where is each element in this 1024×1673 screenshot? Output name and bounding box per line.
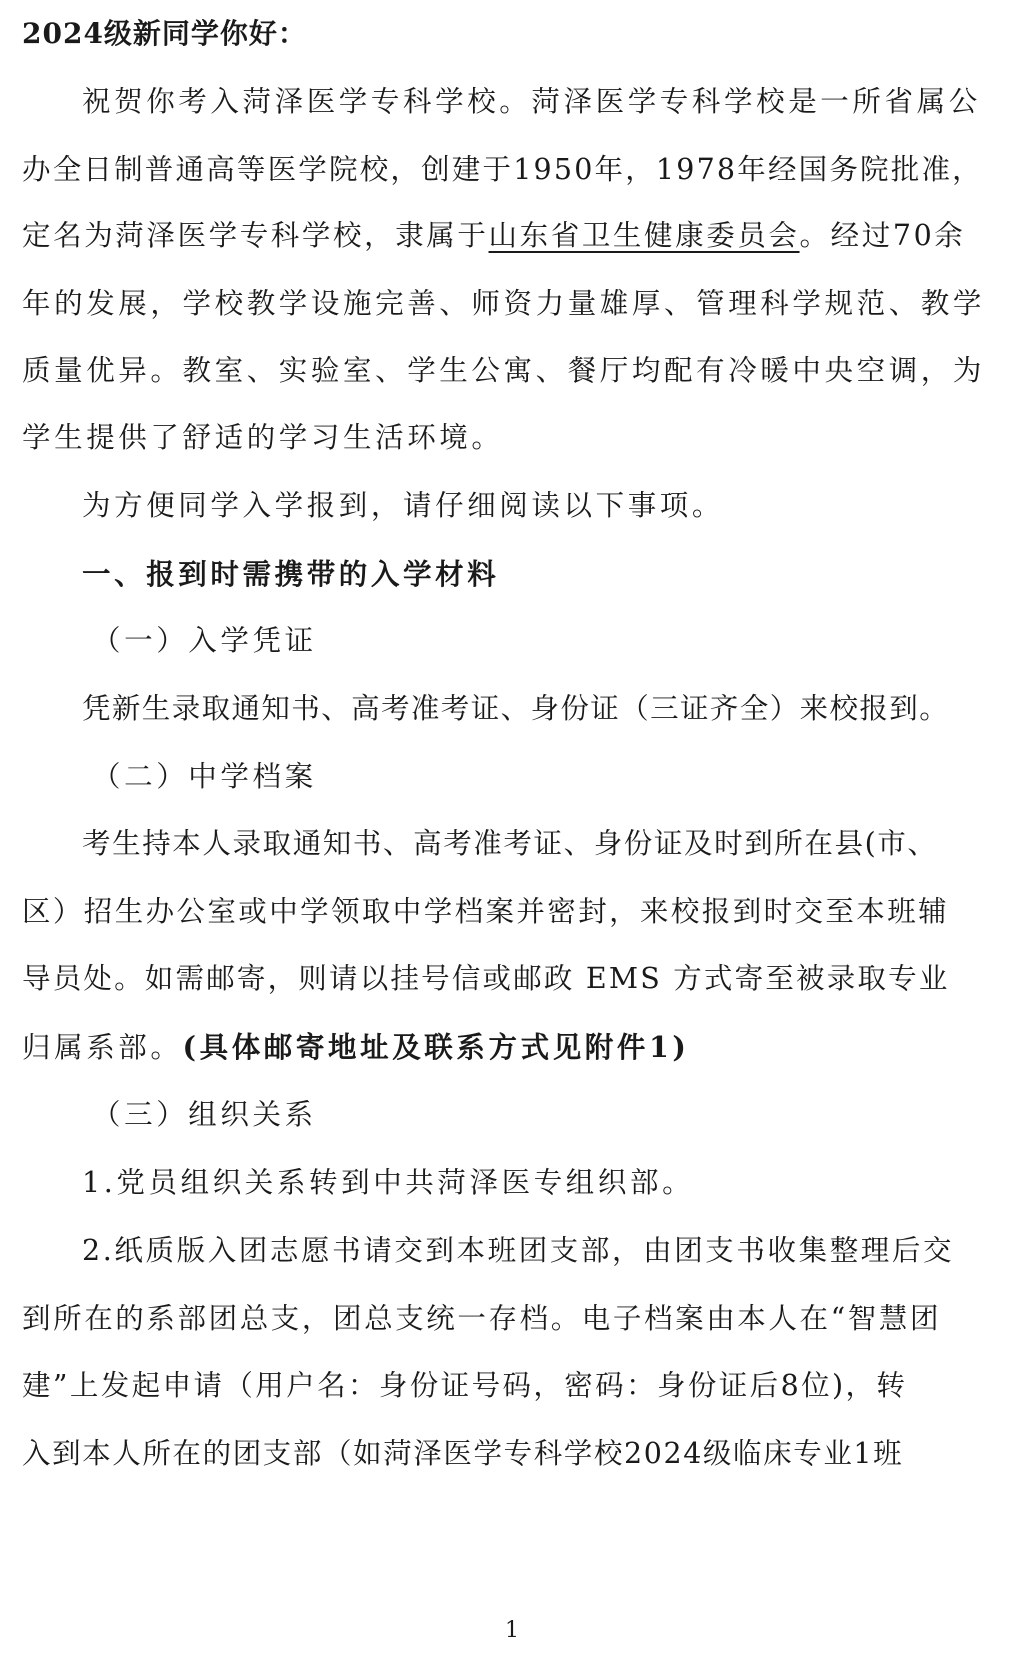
subsection-2-line-4-prefix: 归属系部。	[22, 1031, 183, 1064]
subsection-2-heading: （二）中学档案	[92, 757, 1024, 797]
intro-line-3-suffix: 。经过70余	[800, 219, 966, 252]
document-page: 2024级新同学你好： 祝贺你考入菏泽医学专科学校。菏泽医学专科学校是一所省属公…	[0, 0, 1024, 1673]
subsection-2-line-3: 导员处。如需邮寄，则请以挂号信或邮政 EMS 方式寄至被录取专业	[22, 959, 1007, 999]
subsection-1-text: 凭新生录取通知书、高考准考证、身份证（三证齐全）来校报到。	[82, 689, 1024, 729]
subsection-3-item-2-line-4: 入到本人所在的团支部（如菏泽医学专科学校2024级临床专业1班	[22, 1434, 1007, 1474]
intro-line-4: 年的发展，学校教学设施完善、师资力量雄厚、管理科学规范、教学	[22, 284, 1007, 324]
subsection-1-heading: （一）入学凭证	[92, 621, 1024, 661]
subsection-3-item-2-line-3: 建”上发起申请（用户名：身份证号码，密码：身份证后8位)，转	[22, 1366, 1007, 1406]
subsection-3-item-1: 1.党员组织关系转到中共菏泽医专组织部。	[82, 1163, 1024, 1203]
greeting-heading: 2024级新同学你好：	[22, 14, 1007, 54]
notice-text: 为方便同学入学报到，请仔细阅读以下事项。	[82, 486, 1024, 526]
section-1-heading: 一、报到时需携带的入学材料	[82, 554, 1024, 594]
attachment-reference: (具体邮寄地址及联系方式见附件1)	[183, 1030, 690, 1064]
subsection-3-item-2-line-2: 到所在的系部团总支，团总支统一存档。电子档案由本人在“智慧团	[22, 1299, 1007, 1339]
subsection-2-line-1: 考生持本人录取通知书、高考准考证、身份证及时到所在县(市、	[82, 824, 1024, 864]
intro-line-1: 祝贺你考入菏泽医学专科学校。菏泽医学专科学校是一所省属公	[82, 82, 1024, 122]
intro-line-3-prefix: 定名为菏泽医学专科学校，隶属于	[22, 219, 489, 252]
subsection-2-line-4: 归属系部。(具体邮寄地址及联系方式见附件1)	[22, 1027, 1007, 1067]
subsection-3-heading: （三）组织关系	[92, 1095, 1024, 1135]
intro-line-2: 办全日制普通高等医学院校，创建于1950年，1978年经国务院批准，	[22, 150, 1007, 190]
health-commission-link[interactable]: 山东省卫生健康委员会	[489, 219, 800, 252]
page-number: 1	[0, 1618, 1024, 1643]
subsection-2-line-2: 区）招生办公室或中学领取中学档案并密封，来校报到时交至本班辅	[22, 892, 1007, 932]
subsection-3-item-2-line-1: 2.纸质版入团志愿书请交到本班团支部，由团支书收集整理后交	[82, 1231, 1024, 1271]
intro-line-6: 学生提供了舒适的学习生活环境。	[22, 418, 1007, 458]
intro-line-3: 定名为菏泽医学专科学校，隶属于山东省卫生健康委员会。经过70余	[22, 216, 1007, 256]
intro-line-5: 质量优异。教室、实验室、学生公寓、餐厅均配有冷暖中央空调，为	[22, 351, 1007, 391]
